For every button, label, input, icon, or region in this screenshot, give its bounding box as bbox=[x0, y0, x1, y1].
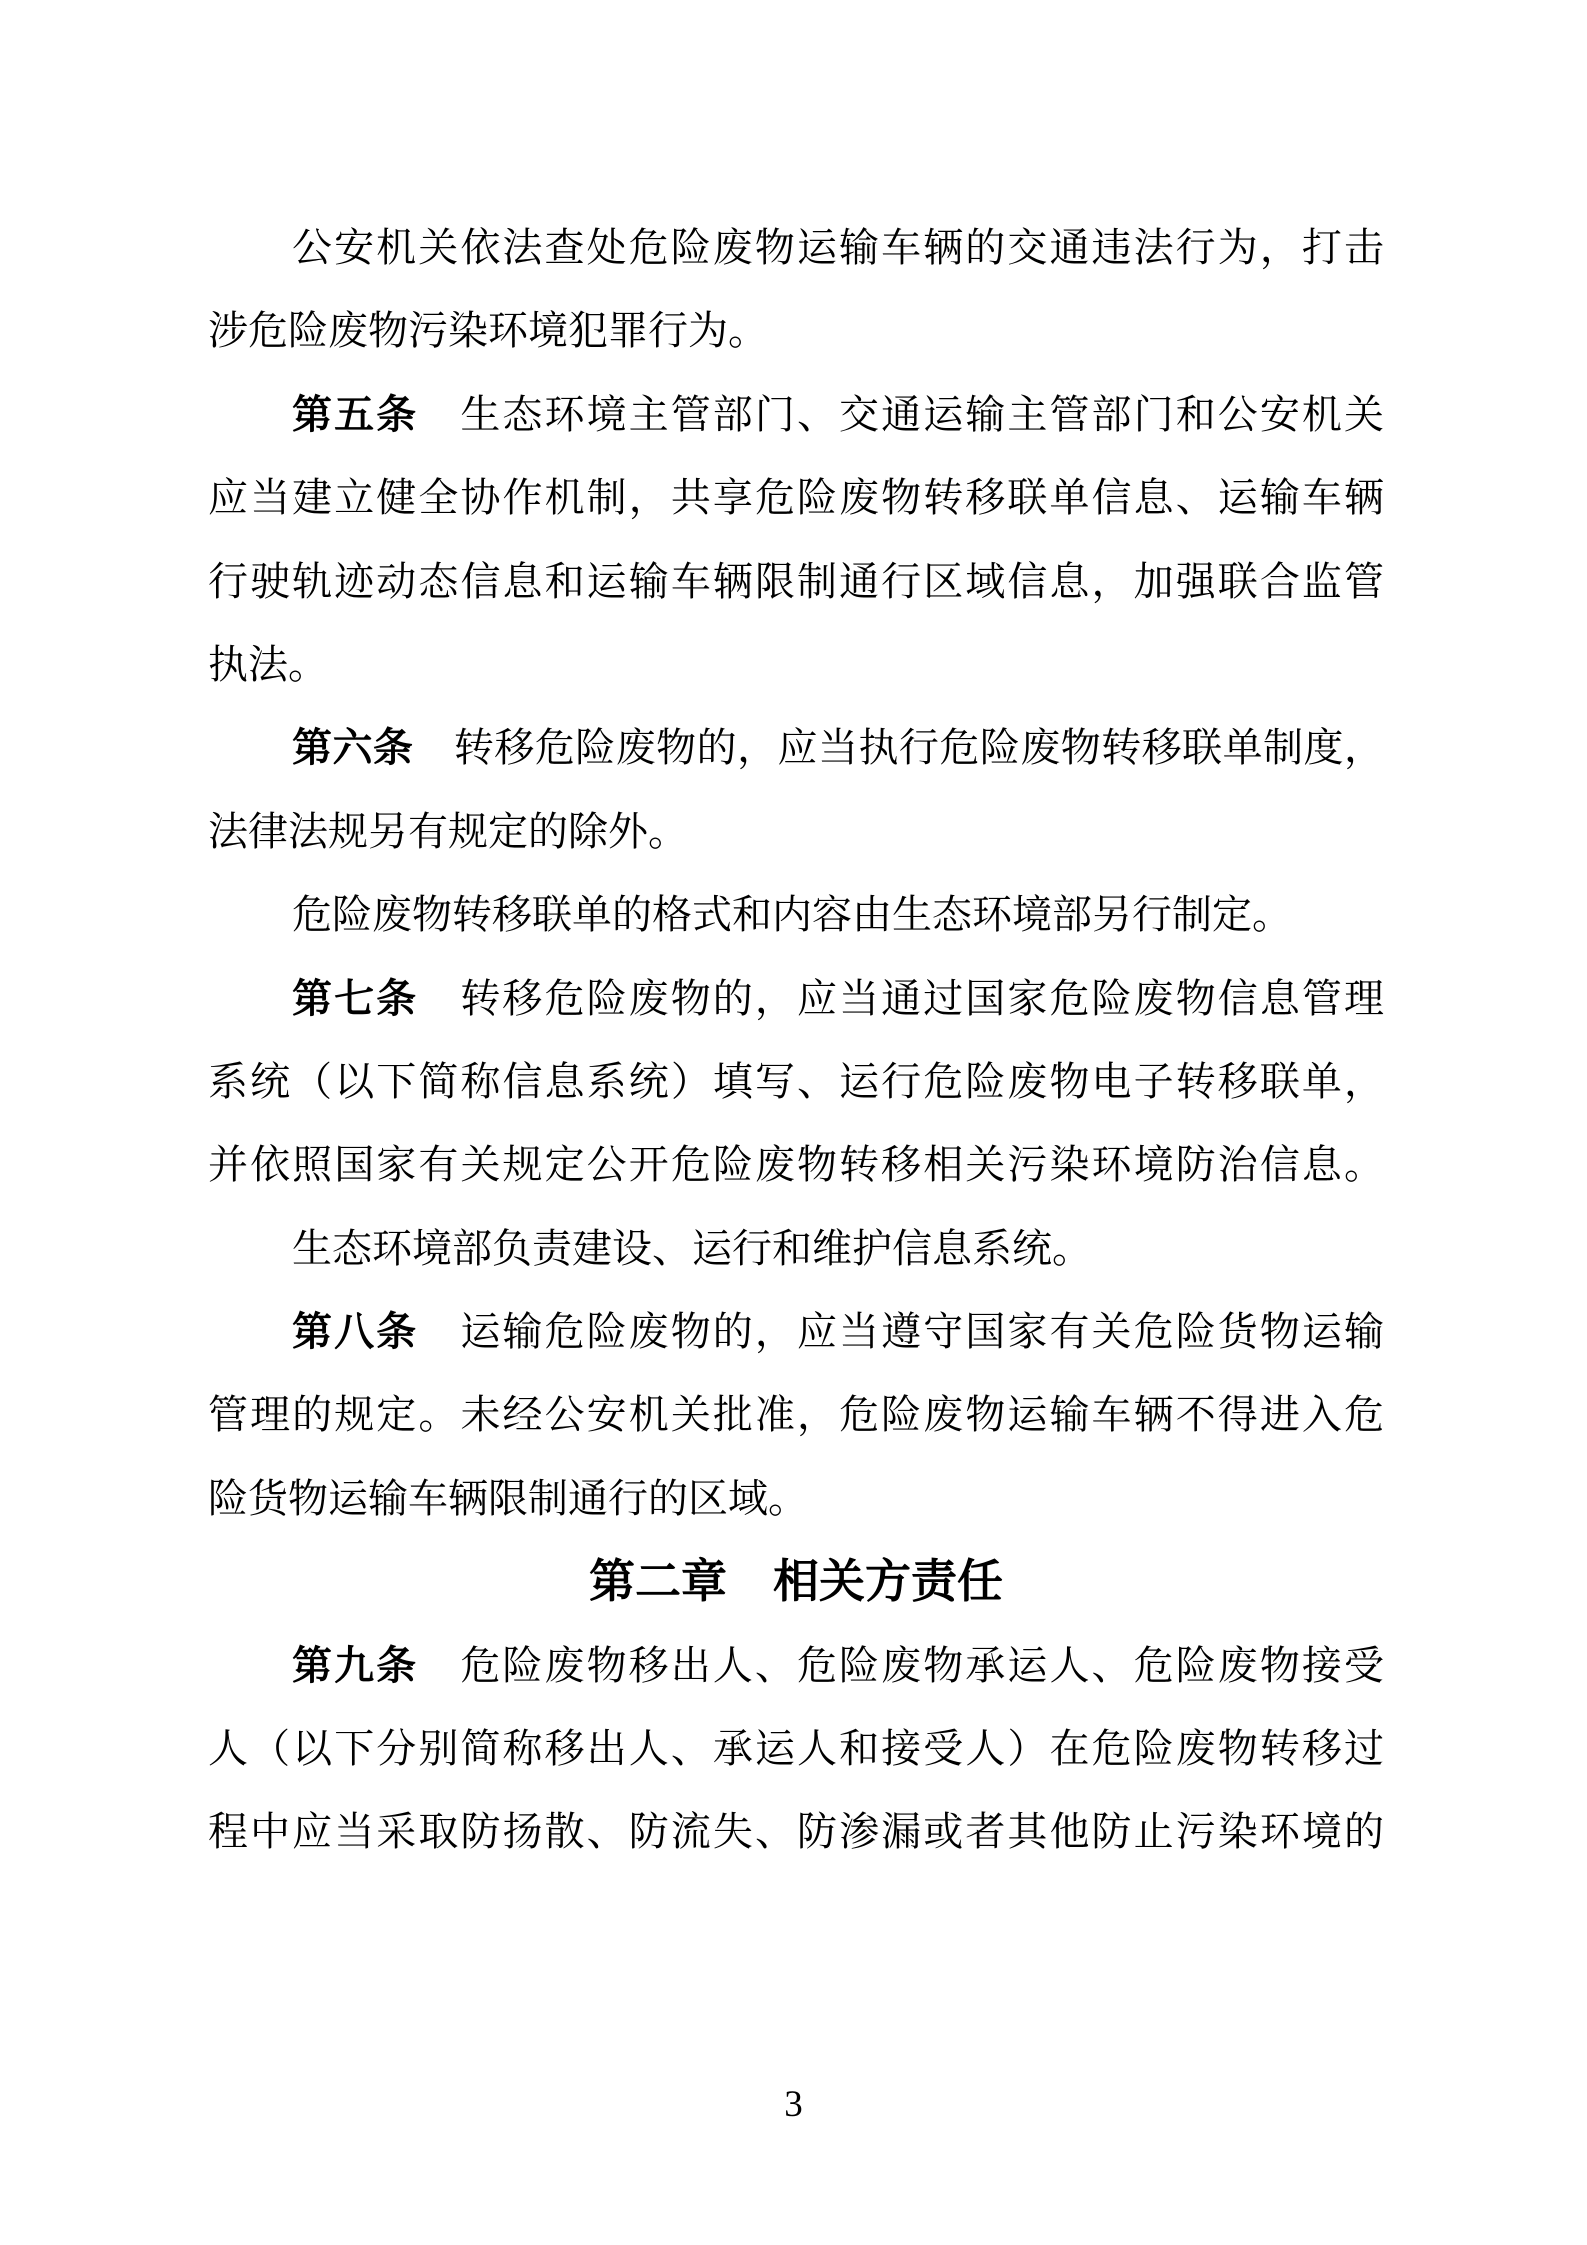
text-line: 公安机关依法查处危险废物运输车辆的交通违法行为，打击 bbox=[208, 206, 1384, 289]
text-line: 执法。 bbox=[208, 623, 1384, 706]
document-body: 公安机关依法查处危险废物运输车辆的交通违法行为，打击涉危险废物污染环境犯罪行为。… bbox=[208, 206, 1384, 1874]
line-text: 危险废物移出人、危险废物承运人、危险废物接受 bbox=[418, 1643, 1384, 1688]
text-line: 生态环境部负责建设、运行和维护信息系统。 bbox=[208, 1207, 1384, 1290]
text-line: 第九条 危险废物移出人、危险废物承运人、危险废物接受 bbox=[208, 1624, 1384, 1707]
text-line: 险货物运输车辆限制通行的区域。 bbox=[208, 1457, 1384, 1540]
article-number: 第五条 bbox=[292, 393, 418, 437]
text-line: 法律法规另有规定的除外。 bbox=[208, 790, 1384, 873]
text-line: 危险废物转移联单的格式和内容由生态环境部另行制定。 bbox=[208, 873, 1384, 956]
article-number: 第七条 bbox=[292, 977, 418, 1021]
text-line: 人（以下分别简称移出人、承运人和接受人）在危险废物转移过 bbox=[208, 1707, 1384, 1790]
article-number: 第六条 bbox=[292, 726, 413, 770]
text-line: 第六条 转移危险废物的，应当执行危险废物转移联单制度， bbox=[208, 706, 1384, 789]
line-text: 生态环境主管部门、交通运输主管部门和公安机关 bbox=[418, 392, 1384, 437]
text-line: 管理的规定。未经公安机关批准，危险废物运输车辆不得进入危 bbox=[208, 1373, 1384, 1456]
text-line: 行驶轨迹动态信息和运输车辆限制通行区域信息，加强联合监管 bbox=[208, 540, 1384, 623]
line-text: 转移危险废物的，应当通过国家危险废物信息管理 bbox=[418, 976, 1384, 1021]
line-text: 转移危险废物的，应当执行危险废物转移联单制度， bbox=[413, 725, 1384, 770]
line-text: 运输危险废物的，应当遵守国家有关危险货物运输 bbox=[418, 1309, 1384, 1354]
text-line: 程中应当采取防扬散、防流失、防渗漏或者其他防止污染环境的 bbox=[208, 1790, 1384, 1873]
text-line: 涉危险废物污染环境犯罪行为。 bbox=[208, 289, 1384, 372]
text-line: 第七条 转移危险废物的，应当通过国家危险废物信息管理 bbox=[208, 957, 1384, 1040]
chapter-heading: 第二章 相关方责任 bbox=[208, 1540, 1384, 1623]
text-line: 系统（以下简称信息系统）填写、运行危险废物电子转移联单， bbox=[208, 1040, 1384, 1123]
text-line: 第八条 运输危险废物的，应当遵守国家有关危险货物运输 bbox=[208, 1290, 1384, 1373]
text-line: 并依照国家有关规定公开危险废物转移相关污染环境防治信息。 bbox=[208, 1123, 1384, 1206]
text-line: 应当建立健全协作机制，共享危险废物转移联单信息、运输车辆 bbox=[208, 456, 1384, 539]
text-line: 第五条 生态环境主管部门、交通运输主管部门和公安机关 bbox=[208, 373, 1384, 456]
article-number: 第八条 bbox=[292, 1310, 418, 1354]
article-number: 第九条 bbox=[292, 1644, 418, 1688]
document-page: 公安机关依法查处危险废物运输车辆的交通违法行为，打击涉危险废物污染环境犯罪行为。… bbox=[0, 0, 1587, 2245]
page-number: 3 bbox=[0, 2083, 1587, 2126]
